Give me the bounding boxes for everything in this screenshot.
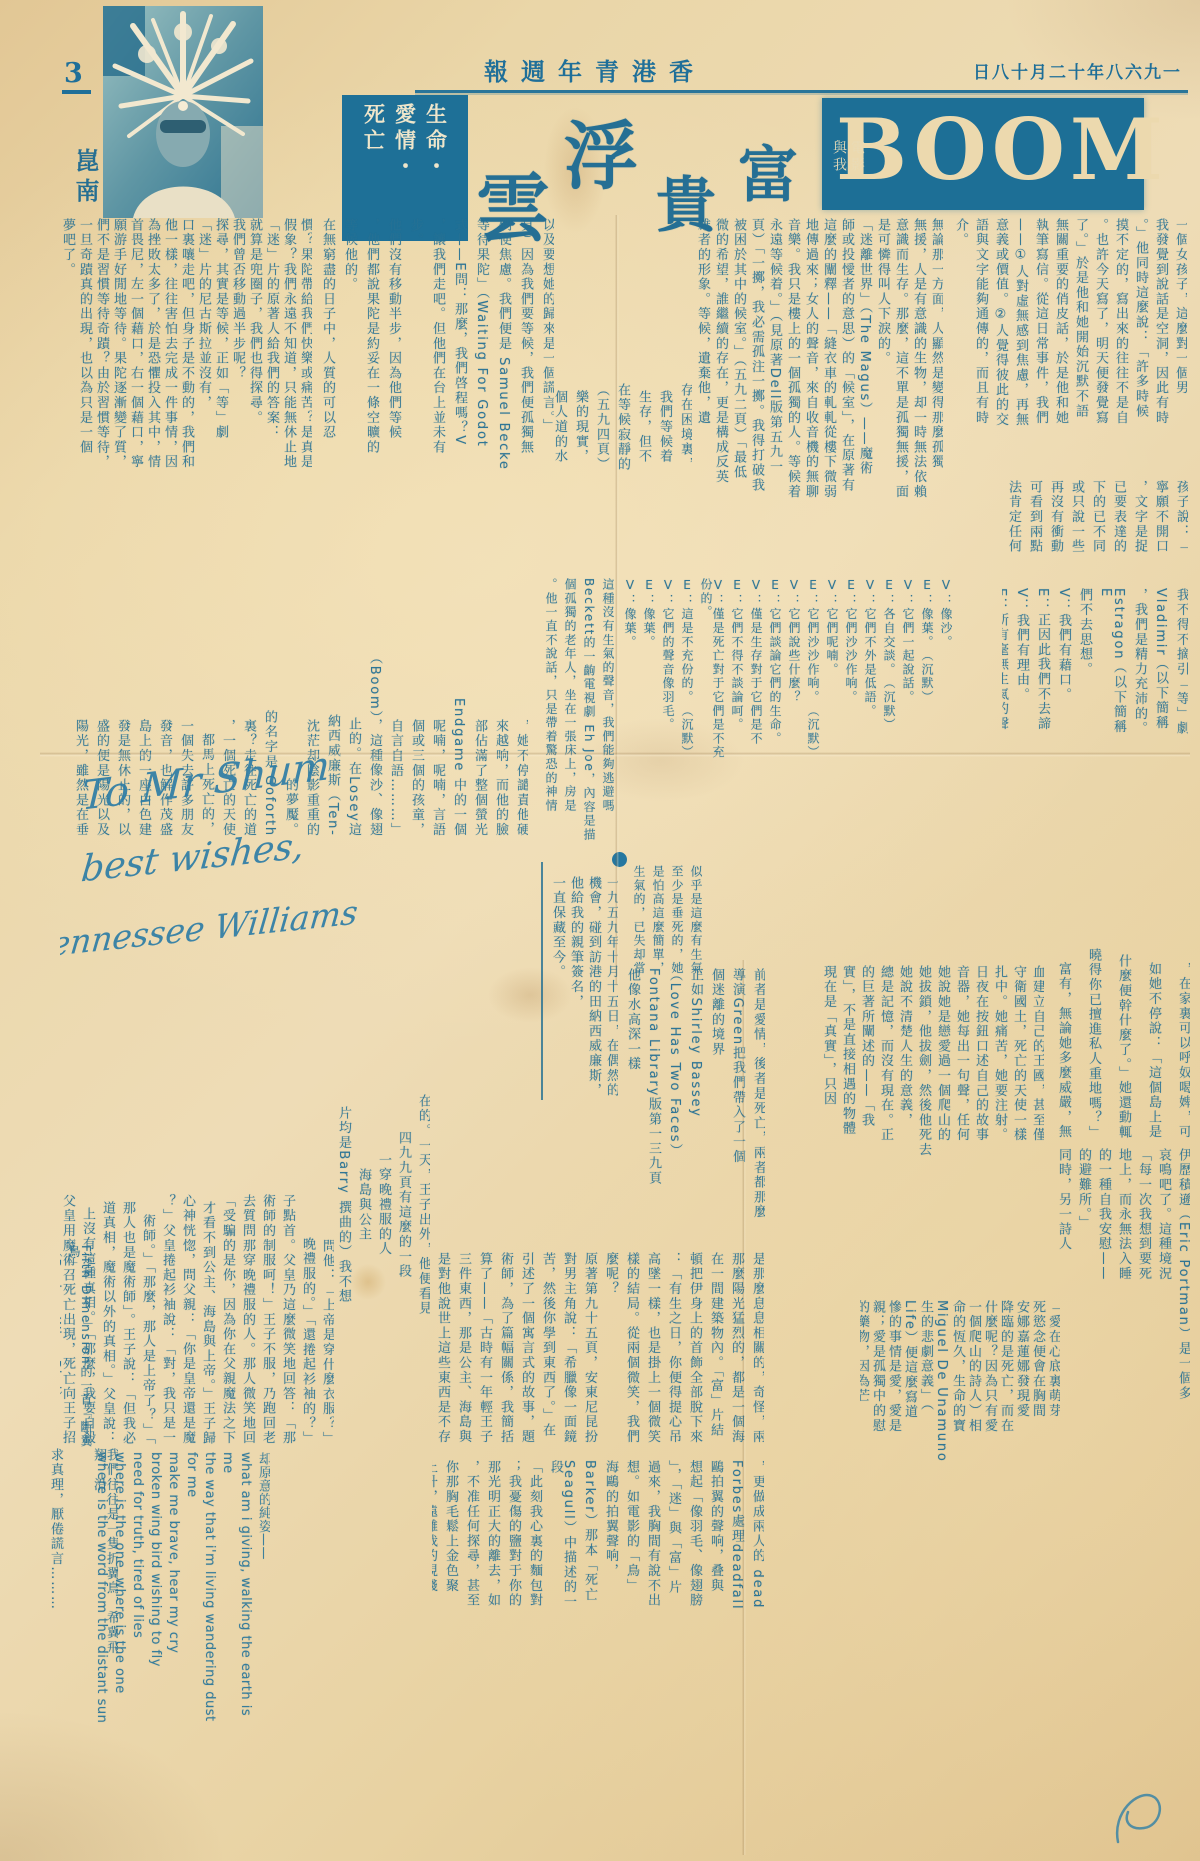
text-column: 是那麼息息相關的，奇怪，兩 — [751, 1252, 764, 1444]
text-column: 為挫敗太多了，於是恐懼投入其中，情 — [146, 218, 159, 470]
text-column: 「此刻我心裏的麵包對 — [528, 1460, 541, 1608]
column-name-part: 與我 — [832, 140, 846, 174]
text-column: 在無窮盡的日子中，人質的可以忍 — [321, 218, 334, 440]
text-column: 血建立自己的王國，甚至僅 — [1031, 965, 1044, 1143]
article-magus-candidacy: 無論那一方面，人顯然是變得那麼孤獨無援，人是有意識的生物，却一時無法依賴意識而生… — [695, 218, 943, 636]
text-column: 。也許今天寫了，明天便發覺寫 — [1094, 218, 1107, 425]
text-column: 的避難所。」 — [1077, 1148, 1090, 1230]
text-column: 執筆寫信。從這日常事件，我們 — [1034, 218, 1047, 425]
tennessee-williams-inscription: To Mr Shum best wishes, Tennessee Willia… — [60, 728, 530, 978]
sunglasses — [160, 120, 206, 133]
text-column: 海鷗的拍翼聲响， — [604, 1460, 617, 1578]
text-column: 是怕高這麼簡單， — [652, 865, 664, 975]
text-column: 上升，遠離我的視綫 — [432, 1460, 436, 1593]
text-column: 曉得你已擅進私人重地嗎？」 — [1087, 948, 1100, 1140]
text-column: 。」他同時這麼說：「許多時候 — [1134, 218, 1147, 419]
text-column: 音器，她每出一句聲，任何 — [955, 965, 968, 1143]
text-column: 命的恆久，生命的寶 — [951, 1300, 964, 1433]
text-column: 」，「迷」與「富」片 — [667, 1460, 680, 1595]
forehead-flower — [178, 101, 188, 111]
text-column: 們不是習慣等待奇蹟？由於習慣等待， — [95, 218, 108, 470]
text-column: 他一樣，往往害怕去完成一件事情，因 — [163, 218, 176, 470]
note-rule — [541, 862, 543, 1100]
text-column: 生的悲劇意義」（ — [919, 1300, 932, 1412]
text-column: 麼呢？ — [604, 1252, 617, 1296]
text-column: E：它們沙沙作响。 — [845, 578, 857, 704]
text-column: 在等候寂靜的 — [616, 383, 629, 472]
text-column: Life）便這麼寫道 — [903, 1300, 916, 1419]
text-column: need for truth, tired of lies — [131, 1452, 144, 1638]
text-column: 願游手好閒地等待。果陀逐漸變了質， — [112, 218, 125, 470]
text-column: V：像葉。 — [624, 578, 636, 649]
text-column: 晚禮服的。」「還捲起衫袖的？」 — [301, 1237, 314, 1446]
text-column: 個迷離的境界 — [710, 968, 723, 1057]
text-column: E：正因此我們不去諦 — [1036, 588, 1049, 731]
text-column: 想起「像羽毛、像翅膀 — [688, 1460, 701, 1608]
inscription-signature: Tennessee Williams — [60, 893, 360, 966]
text-column: V：僅是生存對于它們是不 — [750, 578, 762, 746]
text-column: 假象？我們永遠不知道，只能無休止地 — [282, 218, 295, 470]
text-column: 下的已不同 — [1091, 480, 1104, 554]
text-column: 「每一次我想到要死 — [1137, 1148, 1150, 1281]
text-column: V：它們說些什麼？ — [788, 578, 800, 704]
text-column: 降臨的是死亡，而在 — [999, 1300, 1012, 1433]
text-column: 等待果陀」（Waiting For Godot — [475, 218, 488, 448]
text-column: 的巨著所闡述的——「我 — [860, 965, 873, 1128]
text-column: 可看到兩點 — [1028, 480, 1041, 554]
text-column: V：僅是死亡對于它們是不充份的。 — [700, 578, 724, 764]
island-mistress-paragraph: ，在家裏可以呼奴喝婢，可如她不停說：「這個島上是什麼便幹什麼了。」她還動輒曉得你… — [1048, 758, 1190, 1140]
text-column: make me brave, hear my cry — [167, 1452, 180, 1654]
boom-title-block: BOOM 電影 與我 — [822, 98, 1144, 210]
text-column: 意識而生存。那麼，這不單是孤獨無援，面 — [894, 218, 907, 499]
text-column: 海島與公主 — [357, 1168, 370, 1242]
text-column: V：它們的聲音像羽毛。 — [662, 578, 674, 732]
text-column: 在一間建築物內。「富」片結 — [709, 1252, 722, 1438]
text-column: E：它們談論它們的生命。 — [769, 578, 781, 746]
text-column: 總是記憶，而沒有現在。正 — [879, 965, 892, 1143]
text-column: 夢吧了。 — [61, 218, 74, 277]
text-column: 心神恍惚，問父親：「你是皇帝還是魔 — [181, 1194, 194, 1446]
text-column: 守衛國土，死亡的天使一樣 — [1012, 965, 1025, 1143]
text-column: broken wing bird wishing to fly — [149, 1452, 162, 1667]
article-waiting-fragment: 存在困境裏，我們等候着生存，但不在等候寂靜的（五九四頁）樂的現實，個人道的水 — [552, 218, 692, 636]
inscription-line2: best wishes, — [79, 824, 306, 891]
text-column: Barker）那本「死亡 — [583, 1460, 596, 1602]
text-column: 却原意的純姿—— — [257, 1452, 270, 1560]
unamuno-love-paragraph: 「愛在心底裏萌芽死慾念便會在胸間安娜嘉蓮娜發現愛降臨的是死亡，而在什麼呢？因為只… — [860, 1300, 1060, 1630]
text-column: ，文字是捉 — [1133, 480, 1146, 554]
text-column: 她說不清楚人生的意義， — [898, 965, 911, 1128]
text-column: 子點首。父皇乃這麼微笑地回答：「那 — [281, 1194, 294, 1446]
text-column: 高墜一樣，也是掛上一個微笑 — [646, 1252, 659, 1444]
text-column: V：我們有藉口。 — [1057, 588, 1070, 702]
text-column: 們便焦慮。我們便是 Samuel Becke — [497, 218, 510, 471]
text-column: 寧願不開口 — [1154, 480, 1167, 554]
text-column: 存在困境裏， — [679, 383, 692, 472]
prince-magician-fable: 問他：「上帝是穿什麼衣服？」晚禮服的。」「還捲起衫袖的？」子點首。父皇乃這麼微笑… — [58, 968, 334, 1446]
text-column: 口裏嚷走吧，但身子是不動的，我們和 — [180, 218, 193, 470]
text-column: 什麼呢？因為只有愛 — [983, 1300, 996, 1433]
pen-mark — [1100, 1782, 1190, 1860]
text-column: 至少是垂死的，她 — [671, 865, 683, 975]
dead-seagull-paragraph: ，更做成兩人的 deadForbes處理deadfall鷗拍翼的聲响，叠與想起「… — [432, 1460, 764, 1612]
text-column: 地上，而永無法入睡 — [1117, 1148, 1130, 1281]
text-column: 慘的事情是愛，愛是 — [887, 1300, 900, 1433]
text-column: 親；愛是孤獨中的慰 — [871, 1300, 884, 1433]
text-column: 是對他說世上這些東西是不存 — [436, 1252, 449, 1444]
text-column: 術師，為了篇幅關係，我簡括 — [499, 1252, 512, 1444]
column-name-part: 電影 — [850, 140, 864, 174]
text-column: E：它們沙沙作响。︵沉默︶ — [807, 578, 819, 759]
text-column: 一直保藏至今。 — [551, 876, 564, 980]
text-column: 如她不停說：「這個島上是 — [1147, 962, 1160, 1140]
text-column: 死慾念便會在胸間 — [1031, 1300, 1044, 1418]
text-column: 我們等候着 — [658, 390, 671, 464]
text-column: 地傳過來；女人的聲音，來自收音機的無聊 — [804, 218, 817, 499]
text-column: 鷗拍翼的聲响，叠與 — [709, 1460, 722, 1593]
film-still-photo — [103, 6, 263, 218]
text-column: 她拔鎖，他拔劍，然後他死去 — [917, 965, 930, 1157]
article-beckett-godot: 以及要想她的歸來是一個謊言。」頁）因為我們要等候，我們便孤獨無們便焦慮。我們便是… — [316, 218, 554, 488]
broken-wing-bird-lyrics: 却原意的純姿——what am i giving, walking the ea… — [92, 1452, 270, 1852]
text-column: 雄者的形象。等候，遺棄他，遺 — [696, 218, 709, 425]
text-column: 「受騙的是你，因為你在父親魔法之下 — [221, 1194, 234, 1446]
text-column: 去質問那穿晚禮服的人。那人微笑地回 — [241, 1194, 254, 1446]
chinese-title-char-fou: 浮 — [564, 98, 638, 204]
text-column: 我們往往是一隻折翼鳥，希冀飛翔，沿 — [92, 1448, 118, 1660]
text-column: 是可憐得叫人下淚的。 — [876, 218, 889, 366]
text-column: 「迷」片的尼古斯拉並沒有， — [197, 218, 210, 410]
text-column: 我們曾否移動過半步呢？ — [231, 218, 244, 381]
column-name-strip: 電影 與我 — [832, 140, 864, 174]
text-column: 同時，另一詩人 — [1057, 1148, 1070, 1252]
masthead-title: 報週年青港香 — [430, 52, 760, 87]
text-column: for me — [185, 1452, 198, 1498]
text-column: 那麼陽光猛烈的，都是一個海 — [730, 1252, 743, 1444]
text-column: 富有，無論她多麼威嚴，無 — [1057, 962, 1070, 1140]
text-column: 片均是Barry 撰曲的）我不想 — [338, 1106, 350, 1304]
text-column: 語與文字能夠通傳的，而且有時 — [974, 218, 987, 425]
text-column: 四九九頁有這麼的一段 — [397, 1131, 410, 1279]
text-column: 術師。」「那麼，那人是上帝了？」「 — [141, 1214, 154, 1446]
text-column: Fontana Library版第一三九頁 — [647, 968, 660, 1186]
text-column: 以及要想她的歸來是一個謊言。」 — [541, 218, 554, 434]
text-column: 他們沒有移動半步，因為他們等候 — [387, 218, 400, 440]
text-column: 在的。一天，王子出外，他便看見 — [417, 1094, 430, 1316]
text-column: 她說她是戀愛過一個爬山的 — [936, 965, 949, 1143]
text-column: 術師的制服呵！」王子不服，乃跑回老 — [261, 1194, 274, 1446]
text-column: 問他：「上帝是穿什麼衣服？」 — [321, 1239, 334, 1446]
dying-woman-fragment: 似乎是這麼有生氣至少是垂死的，她是怕高這麼簡單，生氣的，已失却當 — [628, 770, 702, 975]
text-column: 頁）「一擲，我必需孤注一擲。我得打破我 — [750, 218, 763, 493]
text-column: 個孤獨的老年人，坐在一張床上，房是 — [564, 578, 576, 813]
text-column: ，他們都說果陀是約妥在一條空曠的 — [365, 218, 378, 455]
text-column: 苦，然後你學到東西了。」在 — [541, 1252, 554, 1438]
text-column: 安娜嘉蓮娜發現愛 — [1015, 1300, 1028, 1418]
text-column: ：「有生之日，你便得提心吊 — [667, 1252, 680, 1444]
text-column: Vladimir（以下簡稱 — [1154, 588, 1167, 730]
text-column: 什麼便幹什麼了。」她還動輒 — [1117, 954, 1130, 1140]
text-column: 導演Green把我們帶入了一個 — [731, 968, 744, 1164]
chinese-title-char-fu: 富 — [738, 128, 798, 214]
text-column: E：各自交談。︵沉默︶ — [883, 578, 895, 732]
text-column: 再沒有衝動 — [1049, 480, 1062, 554]
text-column: 或只說一些 — [1070, 480, 1083, 554]
text-column: 了。」於是他和她開始沉默不語 — [1074, 218, 1087, 419]
text-column: V：我們有理由。 — [1015, 588, 1028, 702]
text-column: 的一種自我安慰—— — [1097, 1148, 1110, 1281]
text-column: ，我們是精力充沛的。 — [1133, 588, 1146, 736]
godot-dialogue-band: V：像沙。E：像葉。︵沉默︶V：它們一起說話。E：各自交談。︵沉默︶V：它們不外… — [618, 578, 952, 764]
article-waiting-miracle: 慣？果陀帶給我們快樂或痛苦？是真是假象？我們永遠不知道，只能無休止地「迷」片的原… — [60, 218, 312, 488]
text-column: ，在家裏可以呼奴喝婢，可 — [1177, 962, 1190, 1140]
text-column: 無關重要的俏皮話，於是他和她 — [1054, 218, 1067, 425]
text-column: E：這是不充份的。︵沉默︶ — [681, 578, 693, 759]
text-column: Beckett的一齣電視劇 Eh Joe，內容是描 — [583, 578, 595, 842]
text-column: 機會，碰到訪港的田納西威廉斯， — [587, 876, 600, 1098]
text-column: 他像水高深一樣 — [626, 968, 639, 1072]
text-column: Forbes處理deadfall — [730, 1460, 743, 1610]
text-column: 步。 — [409, 218, 422, 248]
masthead-date: 日八十月二十年八六九一 — [973, 58, 1182, 83]
text-column: 實」，不是直接相遇的物體 — [841, 965, 854, 1136]
text-column: me — [221, 1452, 234, 1474]
text-column: 生氣的，已失却當 — [633, 865, 645, 975]
text-column: 被困於其中的候室。」（五九二頁）「最低 — [732, 218, 745, 480]
text-column: 永遠等候着。」（見原著Dell版第五九一 — [768, 218, 781, 474]
text-column: （Love Has Two Faces） — [668, 968, 681, 1158]
text-column: 師或投懓者的意思）的「候室」，在原著有 — [840, 218, 853, 493]
text-column: 求真理，厭倦謊言……… — [49, 1448, 62, 1611]
text-column: 已要表達的 — [1112, 480, 1125, 554]
text-column: 前者是愛情，後者是死亡，兩者都那麼 — [752, 968, 765, 1220]
article-upper-right-cont: 孩子說：「寧願不開口，文字是捉已要表達的下的已不同或只說一些再沒有衝動可看到兩點… — [1002, 480, 1188, 580]
text-column: 那人也是魔術師」。王子說：「但我必 — [121, 1201, 134, 1446]
text-column: 一穿晚禮服的人 — [377, 1153, 390, 1257]
text-column: 他給我的親筆簽名， — [569, 876, 582, 1009]
text-column: 就算是兜圈子，我們也得探尋。 — [248, 218, 261, 425]
text-column: 無援，人是有意識的生物，却一時無法依賴 — [912, 218, 925, 499]
text-column: 哀鳴吧了。這種境況 — [1157, 1148, 1170, 1281]
text-column: the way that i'm living wandering dust — [203, 1452, 216, 1722]
text-column: 介。 — [954, 218, 967, 248]
text-column: ，讓我們走吧。但他們在台上並未有 — [431, 218, 444, 455]
text-column: Fifth Dimension的一首「斷翼鳥」 — [68, 1245, 92, 1450]
text-column: 生存，但不 — [637, 390, 650, 464]
closing-lines: 我們往往是一隻折翼鳥，希冀飛翔，沿求真理，厭倦謊言……… — [46, 1448, 118, 1660]
text-column: 一九五九年十月十五日，在偶然的 — [605, 876, 618, 1098]
text-column: 那光明正大的離去，如 — [486, 1460, 499, 1608]
text-column: 才看不到公主、海島與上帝。」王子歸 — [201, 1201, 214, 1446]
inscription-line1: To Mr Shum — [80, 742, 331, 820]
text-column: （Broken Wing Bird） — [60, 1245, 62, 1405]
article-upper-right: 一個女孩子，這麼對一個男我發覺到說話是空洞，因此有時。」他同時這麼說：「許多時候… — [945, 218, 1187, 476]
text-column: 現在是「真實」，只因 — [822, 965, 835, 1107]
text-column: 無論那一方面，人顯然是變得那麼孤獨 — [930, 218, 943, 470]
text-column: 引述了一個寓言式的故事，題 — [520, 1252, 533, 1444]
text-column: （五九四頁） — [595, 383, 608, 472]
text-column: 。他一直不說話，只是帶着驚恐的神情 — [545, 578, 557, 813]
text-column: 我發覺到說話是空洞，因此有時 — [1154, 218, 1167, 425]
text-column: 一旦奇蹟真的出現，也以為只是一個 — [78, 218, 91, 455]
text-column: 一個女孩子，這麼對一個男 — [1174, 218, 1187, 396]
text-column: 孩子說：「 — [1175, 480, 1188, 554]
text-column: Miguel De Unamuno — [935, 1300, 948, 1463]
text-column: ；我憂傷的鹽對于你的 — [507, 1460, 520, 1608]
text-column: 意義或價值。②人覺得彼此的交 — [994, 218, 1007, 427]
text-column: 想。如電影的「鳥」 — [625, 1460, 638, 1593]
text-column: 頁）因為我們要等候，我們便孤獨無 — [519, 218, 532, 455]
text-column: 首畏尼，左一個藉口，右一個藉口，寧 — [129, 218, 142, 470]
text-column: 日夜在按鈕口述自己的故事 — [974, 965, 987, 1143]
text-column: 原著第九十五頁，安東尼昆扮 — [583, 1252, 596, 1444]
text-column: 「迷離世界」（The Magus）——魔術 — [858, 218, 871, 476]
greek-mirror-paragraph: 是那麼息息相關的，奇怪，兩那麼陽光猛烈的，都是一個海在一間建築物內。「富」片結頓… — [432, 1252, 764, 1452]
text-column: 扎中。她痛苦，她要注射。 — [993, 965, 1006, 1143]
text-column: 頓把伊身上的首飾全部脫下來 — [688, 1252, 701, 1444]
text-column: ？」父皇捲起衫袖說：「對，我只是一 — [161, 1194, 174, 1446]
byline-author: 崑南 — [68, 148, 103, 208]
text-column: 個人道的水 — [553, 390, 566, 464]
autograph-note: 一九五九年十月十五日，在偶然的機會，碰到訪港的田納西威廉斯，他給我的親筆簽名，一… — [548, 876, 618, 1102]
text-column: 樣的結局。從兩個微笑，我們 — [625, 1252, 638, 1444]
text-column: 們不去思想。 — [1078, 588, 1091, 677]
text-column: ，不准任何探尋，甚至 — [465, 1460, 478, 1608]
text-column: 這種沒有生氣的聲音，我們能夠逃避嗎 — [602, 578, 614, 813]
text-column: 伊歷積遜（Eric Portman）是一個多 — [1177, 1148, 1190, 1401]
text-column: V：像沙。 — [940, 578, 952, 649]
text-column: 等候他的。 — [343, 218, 356, 292]
text-column: 探尋，其實是等候，正如「等」劇 — [214, 218, 227, 440]
text-column: 音樂。我只是樓上的一個孤獨的人。等候着 — [786, 218, 799, 499]
fifth-dimension-credit: Fifth Dimension的一首「斷翼鳥」（Broken Wing Bird… — [60, 1245, 92, 1450]
boom-title: BOOM — [836, 100, 1168, 201]
text-column: 正如Shirley Bassey — [689, 968, 702, 1118]
text-column: 慣？果陀帶給我們快樂或痛苦？是真是 — [299, 218, 312, 470]
text-column: what am i giving, walking the earth is — [239, 1452, 252, 1716]
page-number: 3 — [62, 58, 91, 94]
text-column: E：它們不得不談論呵。 — [731, 578, 743, 732]
losey-green-paragraph: 前者是愛情，後者是死亡，兩者都那麼導演Green把我們帶入了一個個迷離的境界正如… — [620, 968, 765, 1253]
fable-intro-paragraph: 在的。一天，王子出外，他便看見四九九頁有這麼的一段一穿晚禮服的人海島與公主片均是… — [338, 965, 430, 1445]
text-column: 三件東西，那是公主、海島與 — [457, 1252, 470, 1444]
text-column: V：它們呢喃。 — [826, 578, 838, 677]
text-column: 一個爬山的詩人）相 — [967, 1300, 980, 1433]
text-column: 「迷」片的原著人給我們的答案： — [265, 218, 278, 440]
text-column: Seagull）中描述的一段 — [549, 1460, 575, 1612]
note-bullet-icon — [612, 852, 627, 867]
text-column: E：所有毫無生氣的聲 — [1002, 588, 1007, 731]
text-column: 道真相，魔術以外的真相。」父皇說： — [101, 1201, 114, 1446]
text-column: 的藥物，因為芒 — [860, 1300, 868, 1404]
text-column: 過來，我胸間有說不出 — [646, 1460, 659, 1608]
text-column: 對男主角說：「希臘像一面鏡 — [562, 1252, 575, 1444]
text-column: 樂的現實， — [574, 390, 587, 464]
text-column: 你那胸毛鬆上金色聚 — [444, 1460, 457, 1593]
text-column: 微的希望，誰繼續的存在，更是構成反英 — [714, 218, 727, 484]
text-column: E：像葉。 — [643, 578, 655, 649]
text-column: 似乎是這麼有生氣 — [690, 865, 702, 975]
text-column: ——①人對虛無感到焦慮，再無 — [1014, 218, 1027, 427]
text-column: 摸不定的，寫出來的往往不是自 — [1114, 218, 1127, 425]
text-column: 法肯定任何 — [1007, 480, 1020, 554]
text-column: V：它們不外是低語。 — [864, 578, 876, 718]
text-column: 這麼的闡釋——「縫衣車的軋軋從樓下微弱 — [822, 218, 835, 499]
text-column: Estragon（以下簡稱E — [1099, 588, 1125, 736]
text-column: 式——E問：那麼，我們啓程嗎？V — [453, 218, 466, 446]
godot-quote-intro: 我不得不摘引「等」劇Vladimir（以下簡稱，我們是精力充沛的。Estrago… — [1002, 588, 1188, 736]
text-column: V：它們一起說話。 — [902, 578, 914, 704]
text-column: 「愛在心底裏萌芽 — [1047, 1300, 1060, 1418]
kingdom-memory-paragraph: 血建立自己的王國，甚至僅守衛國土，死亡的天使一樣扎中。她痛苦，她要注射。日夜在按… — [820, 965, 1044, 1295]
leopardi-paragraph: 伊歷積遜（Eric Portman）是一個多哀鳴吧了。這種境況「每一次我想到要死… — [1044, 1148, 1190, 1508]
text-column: 我不得不摘引「等」劇 — [1175, 588, 1188, 736]
masthead-rule — [415, 90, 1188, 93]
text-column: ，更做成兩人的 dead — [751, 1460, 764, 1609]
text-column: 算了——「古時有一年輕王子 — [478, 1252, 491, 1444]
text-column: E：像葉。︵沉默︶ — [921, 578, 933, 704]
